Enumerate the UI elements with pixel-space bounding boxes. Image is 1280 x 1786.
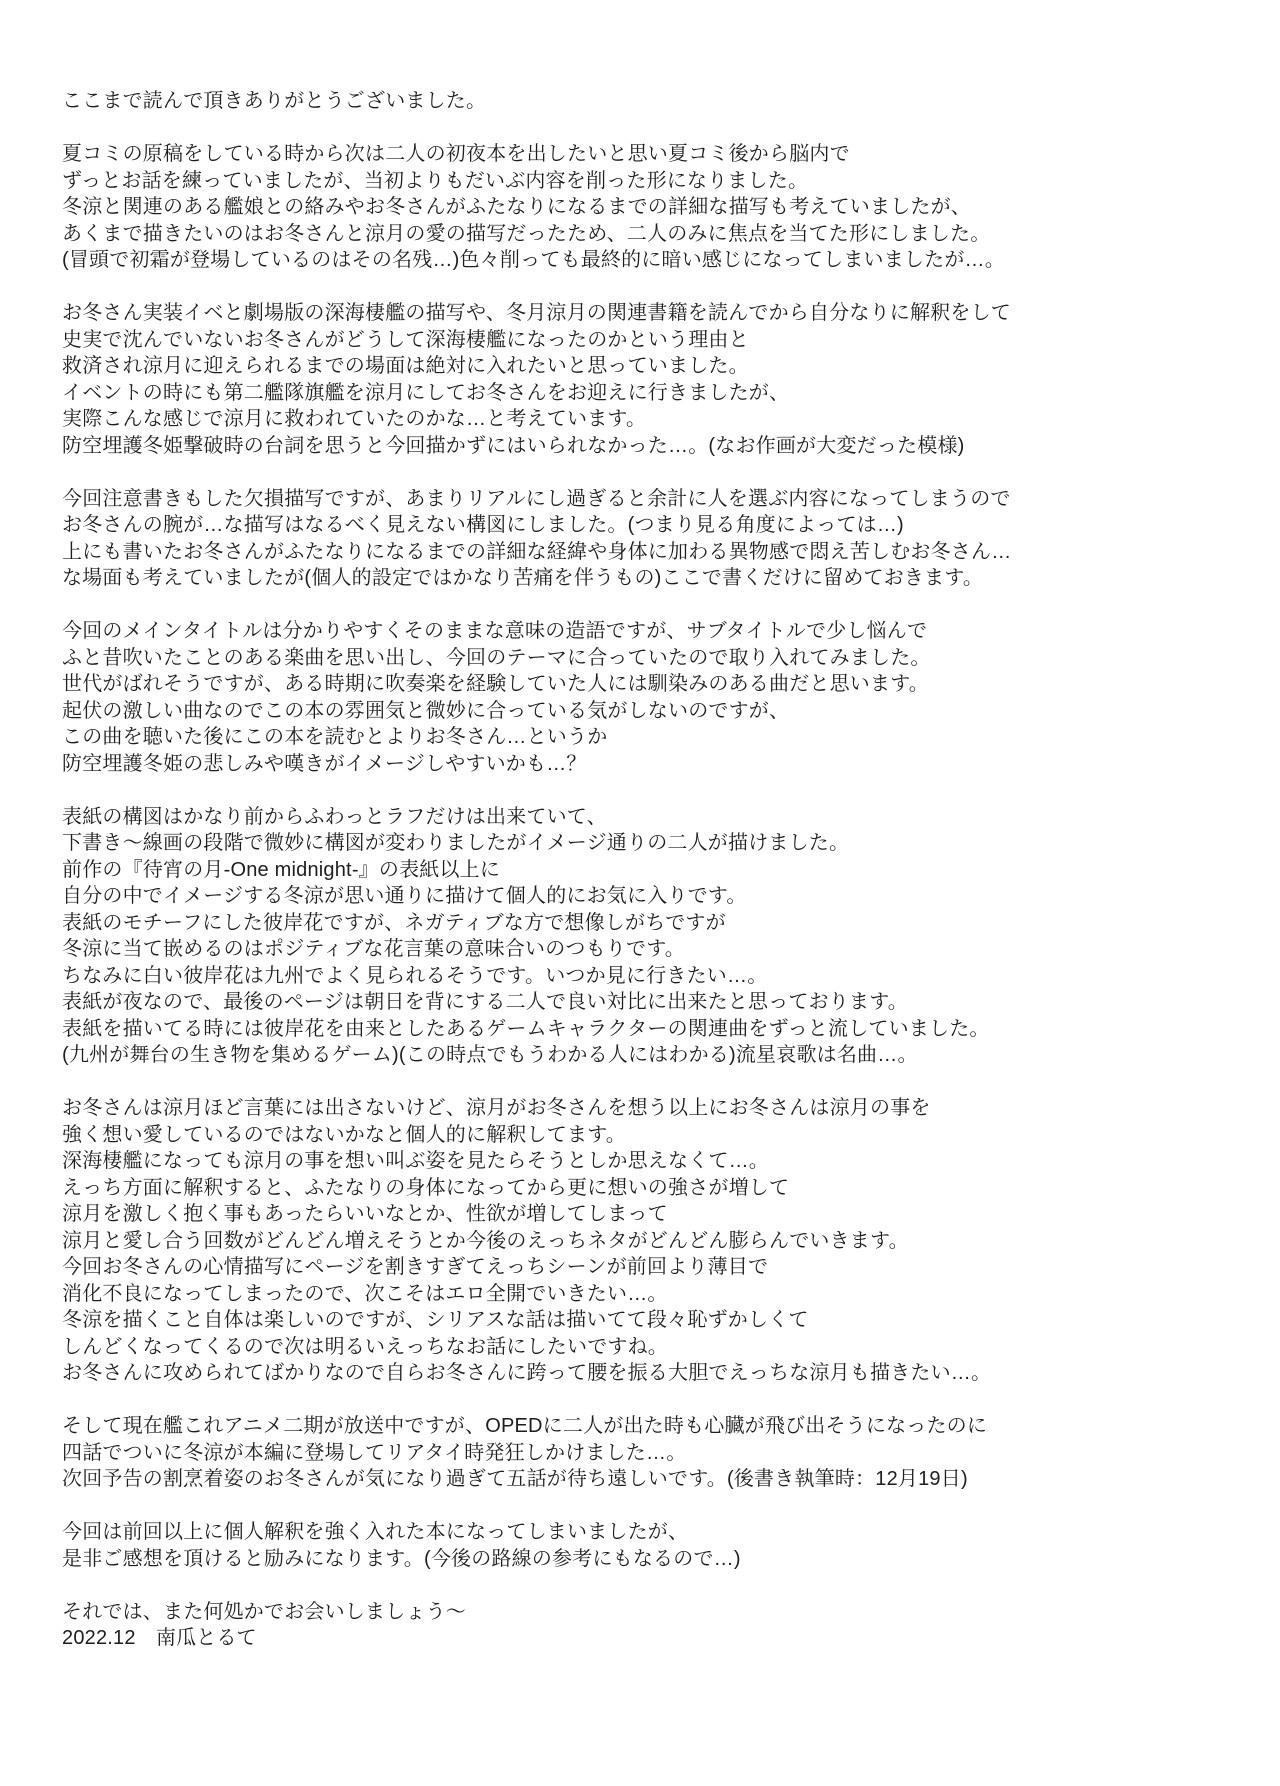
text-line: 今回は前回以上に個人解釈を強く入れた本になってしまいましたが、 [62, 1519, 1222, 1546]
text-line: イベントの時にも第二艦隊旗艦を涼月にしてお冬さんをお迎えに行きましたが、 [62, 380, 1222, 407]
text-line: 冬涼と関連のある艦娘との絡みやお冬さんがふたなりになるまでの詳細な描写も考えてい… [62, 194, 1222, 221]
text-line: それでは、また何処かでお会いしましょう～ [62, 1599, 1222, 1626]
text-line: (冒頭で初霜が登場しているのはその名残…)色々削っても最終的に暗い感じになってし… [62, 247, 1222, 274]
text-line: お冬さんは涼月ほど言葉には出さないけど、涼月がお冬さんを想う以上にお冬さんは涼月… [62, 1095, 1222, 1122]
text-line: 冬涼に当て嵌めるのはポジティブな花言葉の意味合いのつもりです。 [62, 936, 1222, 963]
text-line: な場面も考えていましたが(個人的設定ではかなり苦痛を伴うもの)ここで書くだけに留… [62, 565, 1222, 592]
text-line: お冬さんに攻められてばかりなので自らお冬さんに跨って腰を振る大胆でえっちな涼月も… [62, 1360, 1222, 1387]
text-line: 防空埋護冬姫撃破時の台詞を思うと今回描かずにはいられなかった…。(なお作画が大変… [62, 433, 1222, 460]
text-line: 強く想い愛しているのではないかなと個人的に解釈してます。 [62, 1122, 1222, 1149]
paragraph: 今回のメインタイトルは分かりやすくそのままな意味の造語ですが、サブタイトルで少し… [62, 618, 1222, 777]
paragraph: お冬さん実装イベと劇場版の深海棲艦の描写や、冬月涼月の関連書籍を読んでから自分な… [62, 300, 1222, 459]
text-line: 表紙の構図はかなり前からふわっとラフだけは出来ていて、 [62, 804, 1222, 831]
paragraph: それでは、また何処かでお会いしましょう～ [62, 1599, 1222, 1626]
paragraph: 今回注意書きもした欠損描写ですが、あまりリアルにし過ぎると余計に人を選ぶ内容にな… [62, 486, 1222, 592]
text-line: ここまで読んで頂きありがとうございました。 [62, 88, 1222, 115]
text-line: あくまで描きたいのはお冬さんと涼月の愛の描写だったため、二人のみに焦点を当てた形… [62, 221, 1222, 248]
signature-line: 2022.12 南瓜とるて [62, 1625, 1222, 1652]
text-line: ずっとお話を練っていましたが、当初よりもだいぶ内容を削った形になりました。 [62, 168, 1222, 195]
text-line: 冬涼を描くこと自体は楽しいのですが、シリアスな話は描いてて段々恥ずかしくて [62, 1307, 1222, 1334]
text-line: 消化不良になってしまったので、次こそはエロ全開でいきたい…。 [62, 1281, 1222, 1308]
afterword-page: ここまで読んで頂きありがとうございました。夏コミの原稿をしている時から次は二人の… [0, 0, 1280, 1786]
afterword-text: ここまで読んで頂きありがとうございました。夏コミの原稿をしている時から次は二人の… [62, 88, 1222, 1625]
text-line: 表紙を描いてる時には彼岸花を由来としたあるゲームキャラクターの関連曲をずっと流し… [62, 1016, 1222, 1043]
text-line: 実際こんな感じで涼月に救われていたのかな…と考えています。 [62, 406, 1222, 433]
text-line: お冬さんの腕が…な描写はなるべく見えない構図にしました。(つまり見る角度によって… [62, 512, 1222, 539]
text-line: 起伏の激しい曲なのでこの本の雰囲気と微妙に合っている気がしないのですが、 [62, 698, 1222, 725]
paragraph: 夏コミの原稿をしている時から次は二人の初夜本を出したいと思い夏コミ後から脳内でず… [62, 141, 1222, 274]
text-line: ちなみに白い彼岸花は九州でよく見られるそうです。いつか見に行きたい…。 [62, 963, 1222, 990]
text-line: 世代がばれそうですが、ある時期に吹奏楽を経験していた人には馴染みのある曲だと思い… [62, 671, 1222, 698]
text-line: そして現在艦これアニメ二期が放送中ですが、OPEDに二人が出た時も心臓が飛び出そ… [62, 1413, 1222, 1440]
text-line: お冬さん実装イベと劇場版の深海棲艦の描写や、冬月涼月の関連書籍を読んでから自分な… [62, 300, 1222, 327]
text-line: 表紙のモチーフにした彼岸花ですが、ネガティブな方で想像しがちですが [62, 910, 1222, 937]
text-line: 今回のメインタイトルは分かりやすくそのままな意味の造語ですが、サブタイトルで少し… [62, 618, 1222, 645]
text-line: しんどくなってくるので次は明るいえっちなお話にしたいですね。 [62, 1334, 1222, 1361]
text-line: 涼月を激しく抱く事もあったらいいなとか、性欲が増してしまって [62, 1201, 1222, 1228]
text-line: 下書き～線画の段階で微妙に構図が変わりましたがイメージ通りの二人が描けました。 [62, 830, 1222, 857]
text-line: 前作の『待宵の月-One midnight-』の表紙以上に [62, 857, 1222, 884]
text-line: 是非ご感想を頂けると励みになります。(今後の路線の参考にもなるので…) [62, 1546, 1222, 1573]
text-line: 四話でついに冬涼が本編に登場してリアタイ時発狂しかけました…。 [62, 1440, 1222, 1467]
text-line: (九州が舞台の生き物を集めるゲーム)(この時点でもうわかる人にはわかる)流星哀歌… [62, 1042, 1222, 1069]
paragraph: そして現在艦これアニメ二期が放送中ですが、OPEDに二人が出た時も心臓が飛び出そ… [62, 1413, 1222, 1493]
text-line: 今回お冬さんの心情描写にページを割きすぎてえっちシーンが前回より薄目で [62, 1254, 1222, 1281]
paragraph: お冬さんは涼月ほど言葉には出さないけど、涼月がお冬さんを想う以上にお冬さんは涼月… [62, 1095, 1222, 1387]
paragraph: 今回は前回以上に個人解釈を強く入れた本になってしまいましたが、是非ご感想を頂ける… [62, 1519, 1222, 1572]
text-line: 防空埋護冬姫の悲しみや嘆きがイメージしやすいかも…？ [62, 751, 1222, 778]
text-line: 今回注意書きもした欠損描写ですが、あまりリアルにし過ぎると余計に人を選ぶ内容にな… [62, 486, 1222, 513]
paragraph: 表紙の構図はかなり前からふわっとラフだけは出来ていて、下書き～線画の段階で微妙に… [62, 804, 1222, 1069]
text-line: 夏コミの原稿をしている時から次は二人の初夜本を出したいと思い夏コミ後から脳内で [62, 141, 1222, 168]
text-line: 表紙が夜なので、最後のページは朝日を背にする二人で良い対比に出来たと思っておりま… [62, 989, 1222, 1016]
paragraph: ここまで読んで頂きありがとうございました。 [62, 88, 1222, 115]
text-line: 涼月と愛し合う回数がどんどん増えそうとか今後のえっちネタがどんどん膨らんでいきま… [62, 1228, 1222, 1255]
text-line: 上にも書いたお冬さんがふたなりになるまでの詳細な経緯や身体に加わる異物感で悶え苦… [62, 539, 1222, 566]
text-line: 深海棲艦になっても涼月の事を想い叫ぶ姿を見たらそうとしか思えなくて…。 [62, 1148, 1222, 1175]
text-line: ふと昔吹いたことのある楽曲を思い出し、今回のテーマに合っていたので取り入れてみま… [62, 645, 1222, 672]
text-line: えっち方面に解釈すると、ふたなりの身体になってから更に想いの強さが増して [62, 1175, 1222, 1202]
text-line: 自分の中でイメージする冬涼が思い通りに描けて個人的にお気に入りです。 [62, 883, 1222, 910]
text-line: この曲を聴いた後にこの本を読むとよりお冬さん…というか [62, 724, 1222, 751]
text-line: 次回予告の割烹着姿のお冬さんが気になり過ぎて五話が待ち遠しいです。(後書き執筆時… [62, 1466, 1222, 1493]
text-line: 救済され涼月に迎えられるまでの場面は絶対に入れたいと思っていました。 [62, 353, 1222, 380]
text-line: 史実で沈んでいないお冬さんがどうして深海棲艦になったのかという理由と [62, 327, 1222, 354]
